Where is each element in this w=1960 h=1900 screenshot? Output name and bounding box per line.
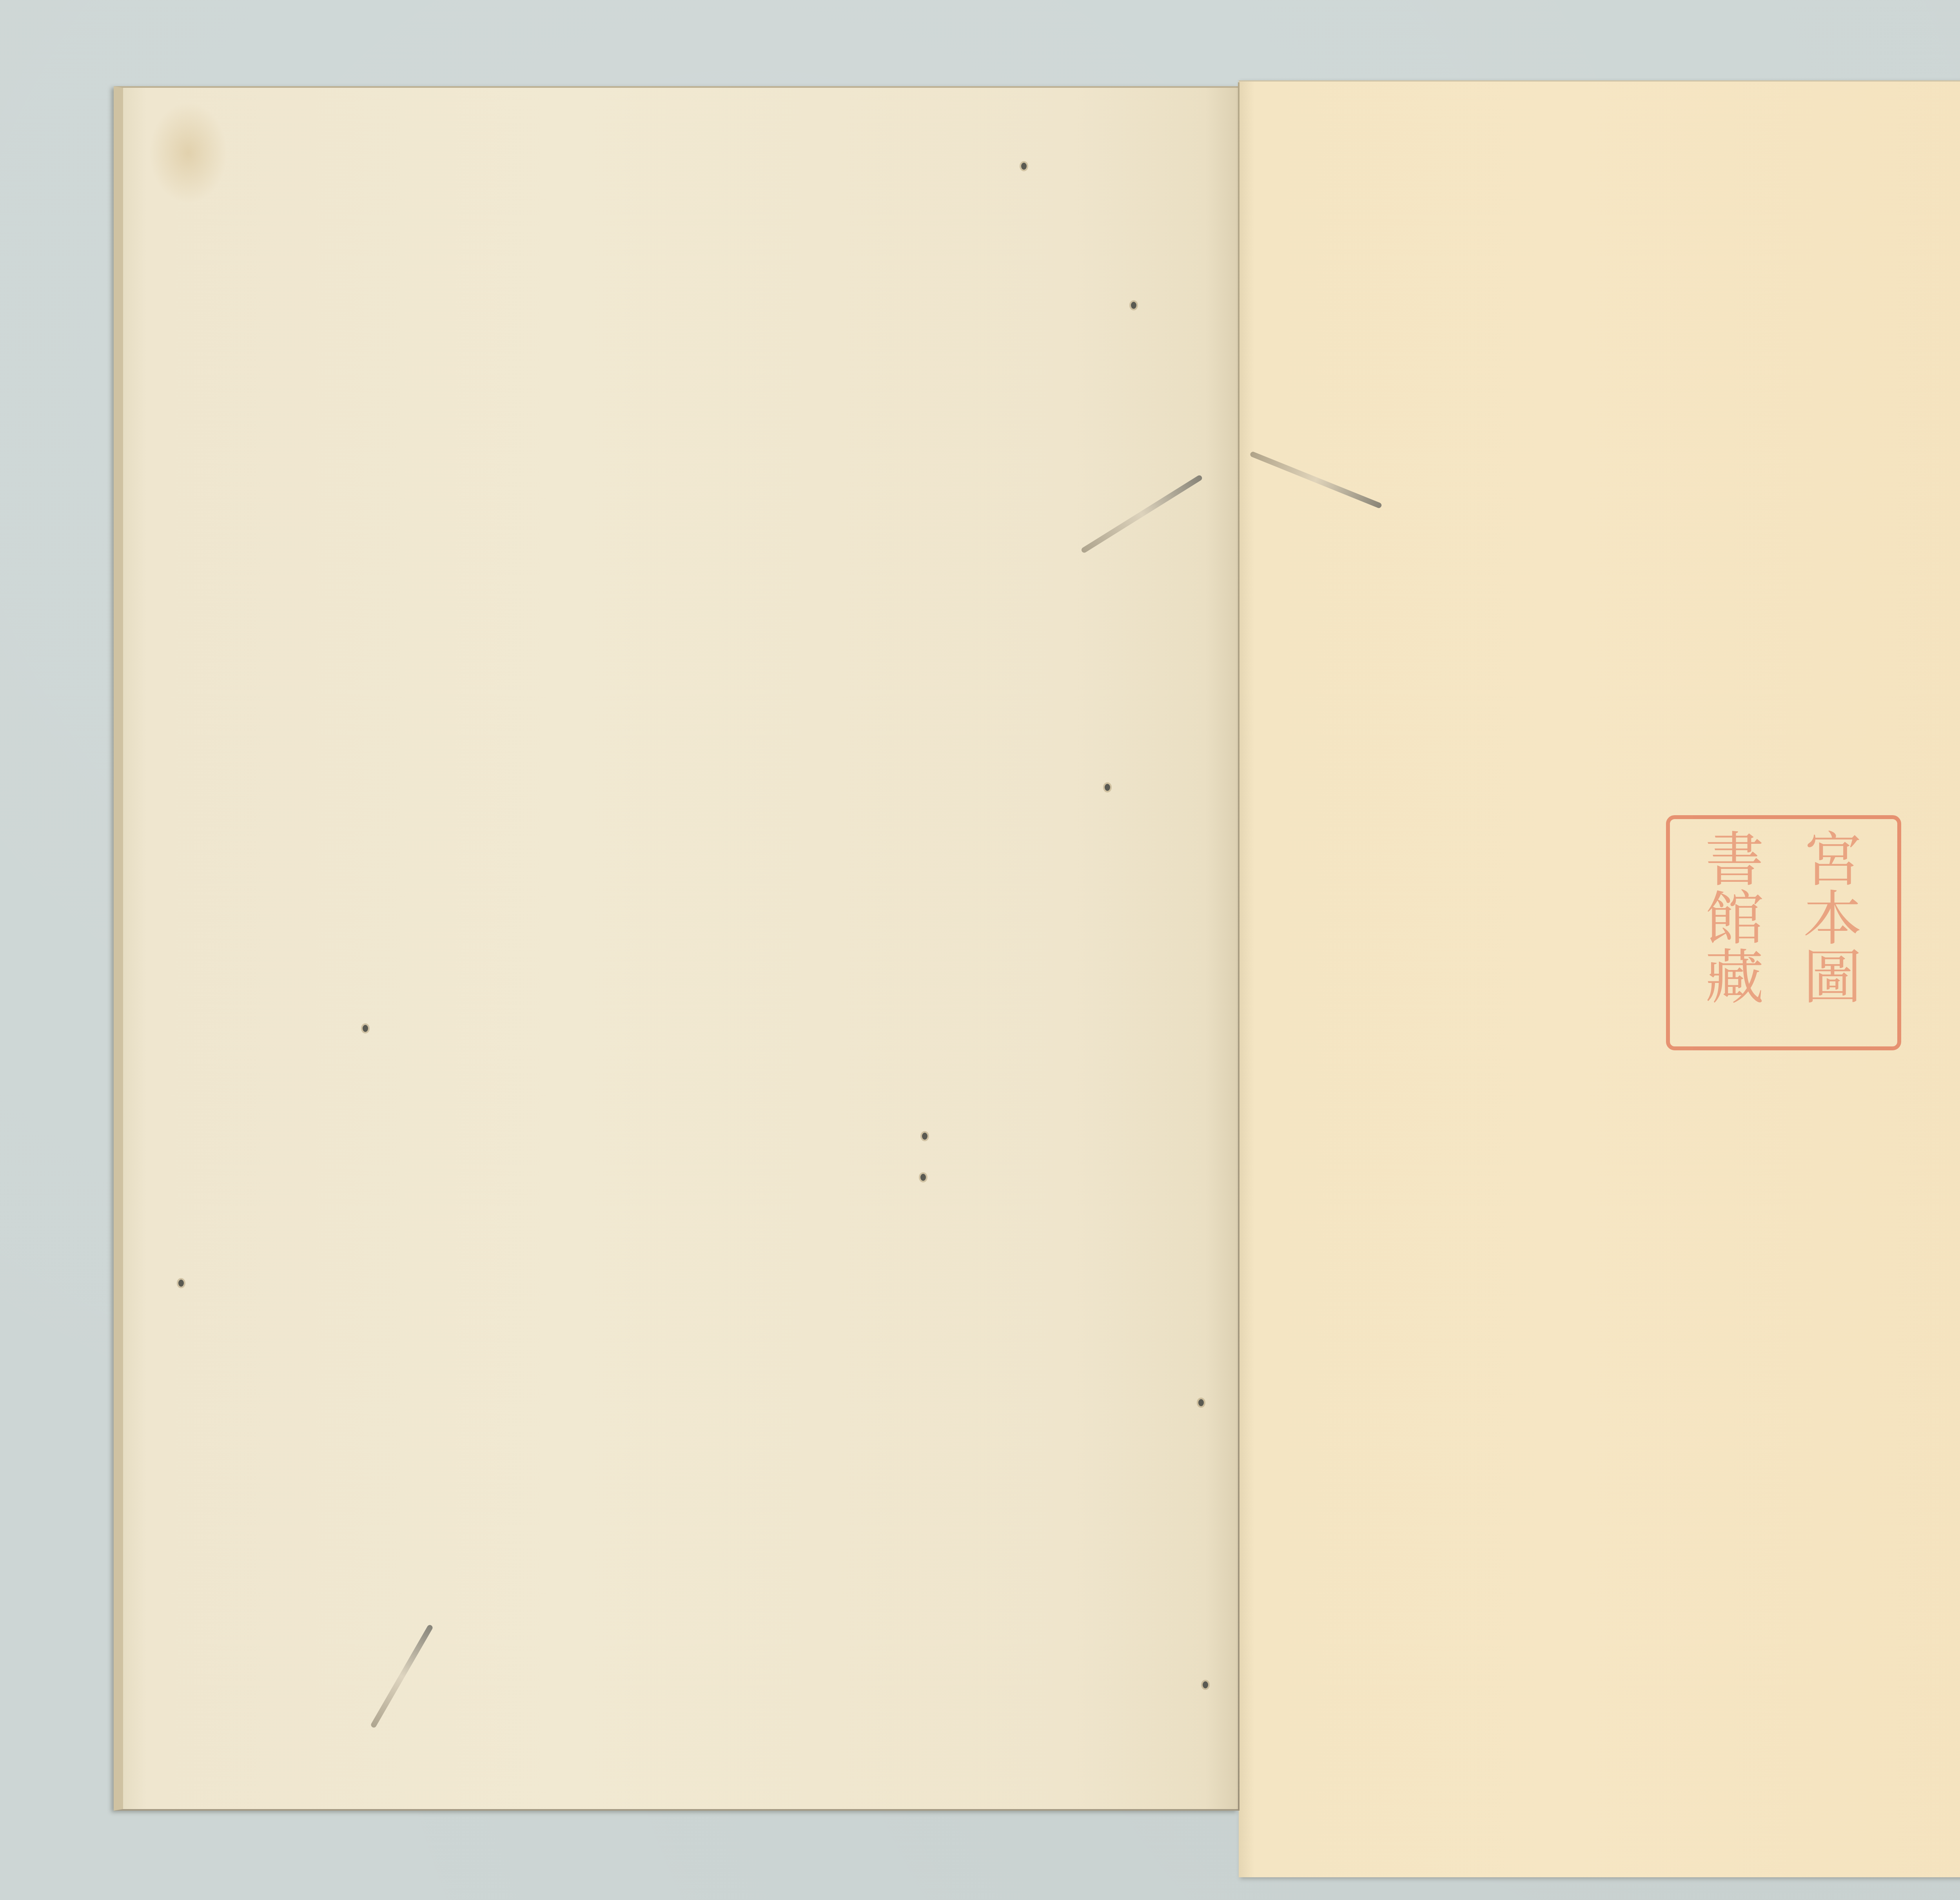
book-spine <box>1238 82 1240 1811</box>
left-page <box>114 86 1239 1811</box>
wormhole-mark <box>1131 302 1136 309</box>
seal-column-left: 書 館 藏 <box>1686 831 1784 1007</box>
seal-character: 本 <box>1784 890 1882 948</box>
seal-character: 藏 <box>1686 948 1784 1007</box>
water-stain <box>149 102 227 204</box>
wormhole-mark <box>920 1174 926 1181</box>
seal-character: 宮 <box>1784 831 1882 890</box>
seal-character: 書 <box>1686 831 1784 890</box>
library-ownership-seal: 宮 本 圖 書 館 藏 <box>1666 815 1901 1050</box>
wormhole-mark <box>1021 163 1027 170</box>
wormhole-mark <box>363 1025 368 1032</box>
wormhole-mark <box>178 1280 184 1287</box>
seal-column-right: 宮 本 圖 <box>1784 831 1882 1007</box>
wormhole-mark <box>1198 1399 1204 1406</box>
seal-character: 圖 <box>1784 948 1882 1007</box>
wormhole-mark <box>922 1133 927 1140</box>
seal-character: 館 <box>1686 890 1784 948</box>
wormhole-mark <box>1105 784 1110 791</box>
open-book: 宮 本 圖 書 館 藏 <box>0 0 1960 1900</box>
wormhole-mark <box>1203 1681 1208 1688</box>
